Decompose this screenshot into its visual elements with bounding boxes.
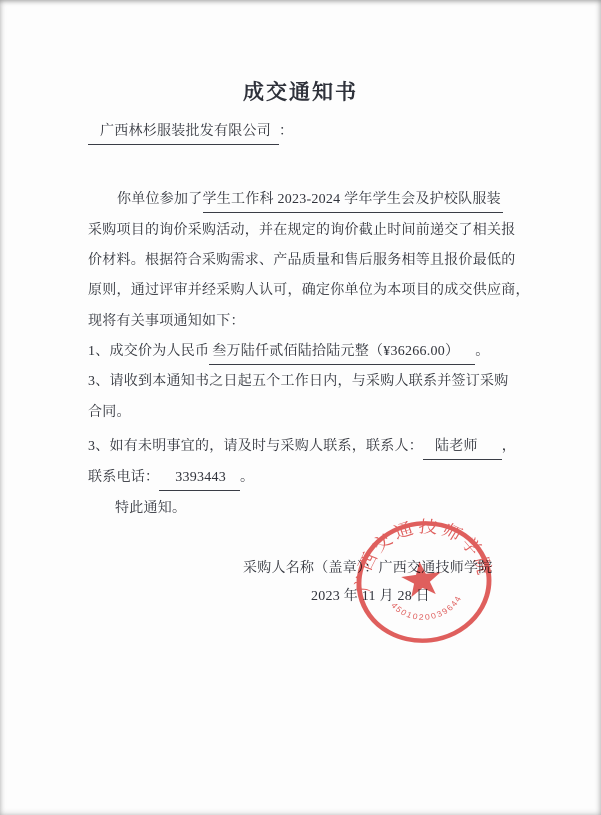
deal-amount: 叁万陆仟贰佰陆拾陆元整（¥36266.00） [209,342,475,365]
recipient-name: 广西林杉服装批发有限公司 [88,122,279,145]
item-2-line-1: 3、请收到本通知书之日起五个工作日内，与采购人联系并签订采购 [88,372,509,392]
item-1-period: 。 [475,344,489,359]
document-title: 成交通知书 [0,76,601,106]
body-line-4: 原则，通过评审并经采购人认可，确定你单位为本项目的成交供应商， [88,281,530,301]
body-line-2: 采购项目的询价采购活动，并在规定的询价截止时间前递交了相关报 [88,221,516,241]
recipient-colon: ： [279,124,293,139]
item-3-line-2: 联系电话：3393443。 [88,468,254,491]
seal-star-icon [400,559,444,598]
item-3-line-1: 3、如有未明事宜的，请及时与采购人联系，联系人：陆老师， [88,437,516,460]
body-line-5: 现将有关事项通知如下： [88,312,245,332]
item-1-line: 1、成交价为人民币叁万陆仟贰佰陆拾陆元整（¥36266.00）。 [88,342,490,365]
closing-line: 特此通知。 [115,499,186,519]
item-2-line-2: 合同。 [88,403,131,423]
item-1-prefix: 1、成交价为人民币 [88,344,209,359]
official-seal: 广西交通技师学院 4501020039644 [347,511,501,653]
item-3-prefix: 3、如有未明事宜的，请及时与采购人联系，联系人： [88,439,423,454]
body-line-3: 价材料。根据符合采购需求、产品质量和售后服务相等且报价最低的 [88,251,516,271]
body-line-1: 你单位参加了学生工作科 2023-2024 学年学生会及护校队服装 [117,190,503,213]
phone-label: 联系电话： [88,470,159,485]
project-name: 学生工作科 2023-2024 学年学生会及护校队服装 [203,190,503,213]
body-line-1-prefix: 你单位参加了 [117,192,203,207]
scanned-document-page: 成交通知书 广西林杉服装批发有限公司： 你单位参加了学生工作科 2023-202… [0,0,601,815]
contact-person: 陆老师 [423,437,502,460]
seal-serial-holder: 4501020039644 [388,592,466,626]
seal-graphic: 广西交通技师学院 4501020039644 [347,511,501,653]
seal-serial-number: 4501020039644 [388,592,466,626]
phone-number: 3393443 [159,468,240,491]
recipient-line: 广西林杉服装批发有限公司： [88,122,293,145]
phone-period: 。 [240,470,254,485]
item-3-comma: ， [502,439,516,454]
